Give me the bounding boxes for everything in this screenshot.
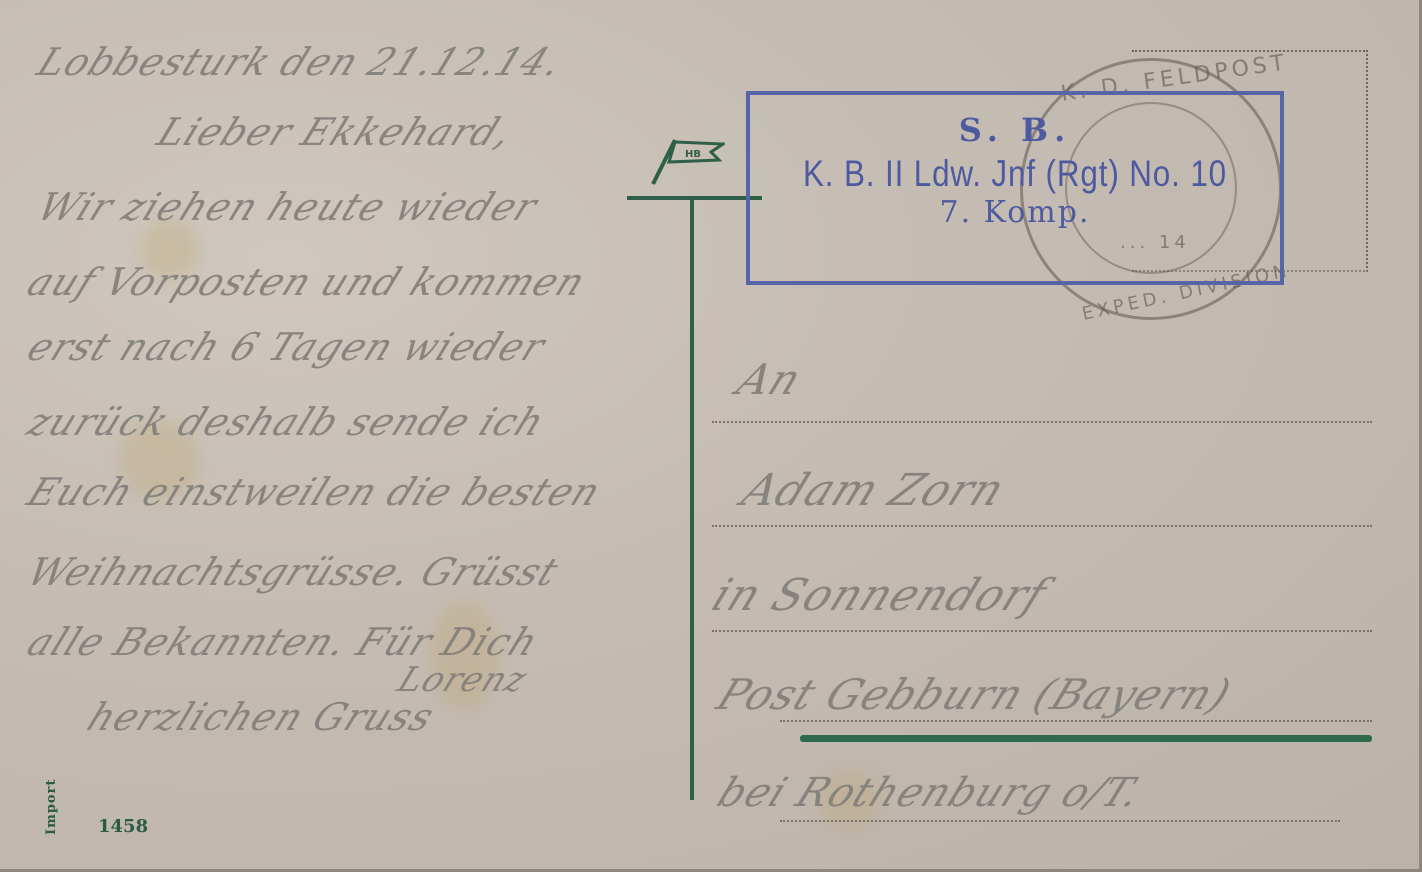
divider-vertical xyxy=(690,197,694,800)
divider-horizontal xyxy=(627,196,762,200)
message-line: auf Vorposten und kommen xyxy=(21,260,592,304)
message-signature: Lorenz xyxy=(392,660,533,700)
message-line: Weihnachtsgrüsse. Grüsst xyxy=(21,550,565,594)
message-greeting: Lieber Ekkehard, xyxy=(151,110,520,154)
address-rule xyxy=(712,421,1372,423)
unit-stamp-line3: 7. Komp. xyxy=(750,195,1280,230)
publisher-flag-icon: HB xyxy=(645,132,725,192)
message-line: herzlichen Gruss xyxy=(81,695,441,739)
address-rule xyxy=(712,525,1372,527)
message-line: Euch einstweilen die besten xyxy=(21,470,608,514)
address-rule xyxy=(712,630,1372,632)
svg-text:HB: HB xyxy=(685,149,701,160)
address-rule xyxy=(780,720,1372,722)
message-line: zurück deshalb sende ich xyxy=(21,400,552,444)
address-line: bei Rothenburg o/T. xyxy=(711,770,1149,816)
message-date-line: Lobbesturk den 21.12.14. xyxy=(31,40,569,84)
message-line: alle Bekannten. Für Dich xyxy=(21,620,545,664)
message-line: erst nach 6 Tagen wieder xyxy=(21,325,552,369)
address-line: Adam Zorn xyxy=(735,465,1013,516)
address-line: in Sonnendorf xyxy=(705,570,1055,621)
unit-stamp: S. B. K. B. II Ldw. Jnf (Rgt) No. 10 7. … xyxy=(746,91,1284,285)
import-label: Import xyxy=(44,779,59,835)
address-line: Post Gebburn (Bayern) xyxy=(710,670,1239,719)
unit-stamp-line2: K. B. II Ldw. Jnf (Rgt) No. 10 xyxy=(790,153,1241,195)
printer-number: 1458 xyxy=(98,816,148,837)
address-line: An xyxy=(730,355,809,404)
address-underline-bar xyxy=(800,735,1372,742)
postcard: Lobbesturk den 21.12.14. Lieber Ekkehard… xyxy=(0,0,1422,872)
message-line: Wir ziehen heute wieder xyxy=(31,185,544,229)
unit-stamp-line1: S. B. xyxy=(750,111,1280,149)
address-rule xyxy=(780,820,1340,822)
